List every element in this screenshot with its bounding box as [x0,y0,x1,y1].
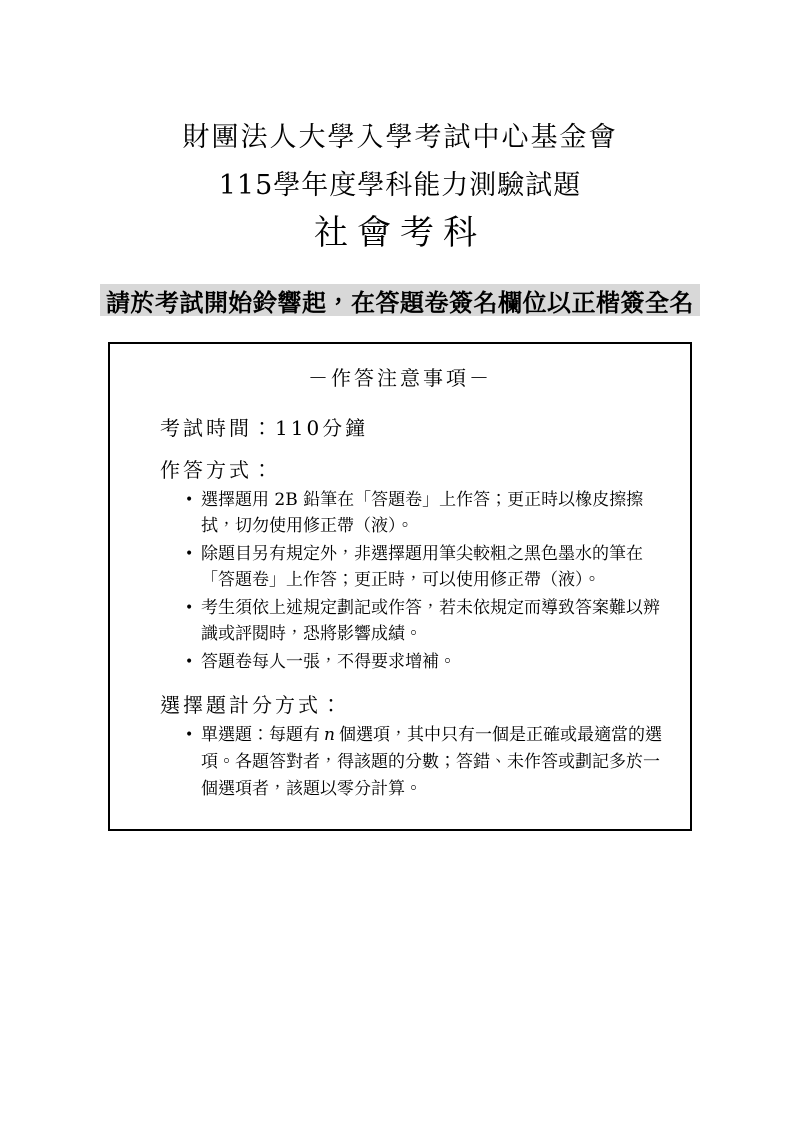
single-choice-text-pre: 單選題：每題有 [201,725,320,745]
answer-notice-box: －作答注意事項－ 考試時間：110分鐘 作答方式： • 選擇題用 2B 鉛筆在「… [108,342,692,831]
organization-title: 財團法人大學入學考試中心基金會 [0,122,800,154]
bullet-icon: • [185,722,201,803]
scoring-method-list: • 單選題：每題有n個選項，其中只有一個是正確或最適當的選項。各題答對者，得該題… [128,722,672,803]
list-item-text: 除題目另有規定外，非選擇題用筆尖較粗之黑色墨水的筆在「答題卷」上作答；更正時，可… [201,541,672,593]
list-item-text: 選擇題用 2B 鉛筆在「答題卷」上作答；更正時以橡皮擦擦拭，切勿使用修正帶（液）… [201,487,672,539]
notice-box-title: －作答注意事項－ [128,366,672,390]
list-item: • 單選題：每題有n個選項，其中只有一個是正確或最適當的選項。各題答對者，得該題… [185,722,672,803]
answering-method-section: 作答方式： • 選擇題用 2B 鉛筆在「答題卷」上作答；更正時以橡皮擦擦拭，切勿… [128,458,672,675]
bullet-icon: • [185,541,201,593]
list-item: • 考生須依上述規定劃記或作答，若未依規定而導致答案難以辨識或評閱時，恐將影響成… [185,595,672,647]
exam-cover-page: 財團法人大學入學考試中心基金會 115學年度學科能力測驗試題 社會考科 請於考試… [0,0,800,1131]
signature-instruction-banner: 請於考試開始鈴響起，在答題卷簽名欄位以正楷簽全名 [100,284,700,316]
list-item-text: 答題卷每人一張，不得要求增補。 [201,649,672,675]
scoring-method-heading: 選擇題計分方式： [160,693,672,717]
bullet-icon: • [185,487,201,539]
variable-n: n [320,725,339,745]
list-item: • 除題目另有規定外，非選擇題用筆尖較粗之黑色墨水的筆在「答題卷」上作答；更正時… [185,541,672,593]
list-item-text: 單選題：每題有n個選項，其中只有一個是正確或最適當的選項。各題答對者，得該題的分… [201,722,672,803]
scoring-method-section: 選擇題計分方式： • 單選題：每題有n個選項，其中只有一個是正確或最適當的選項。… [128,693,672,803]
answering-method-list: • 選擇題用 2B 鉛筆在「答題卷」上作答；更正時以橡皮擦擦拭，切勿使用修正帶（… [128,487,672,675]
exam-session-title: 115學年度學科能力測驗試題 [0,170,800,202]
bullet-icon: • [185,649,201,675]
list-item: • 答題卷每人一張，不得要求增補。 [185,649,672,675]
list-item: • 選擇題用 2B 鉛筆在「答題卷」上作答；更正時以橡皮擦擦拭，切勿使用修正帶（… [185,487,672,539]
title-block: 財團法人大學入學考試中心基金會 115學年度學科能力測驗試題 社會考科 [0,0,800,254]
subject-title: 社會考科 [0,212,800,254]
answering-method-heading: 作答方式： [160,458,672,482]
exam-time-line: 考試時間：110分鐘 [160,416,672,440]
list-item-text: 考生須依上述規定劃記或作答，若未依規定而導致答案難以辨識或評閱時，恐將影響成績。 [201,595,672,647]
bullet-icon: • [185,595,201,647]
